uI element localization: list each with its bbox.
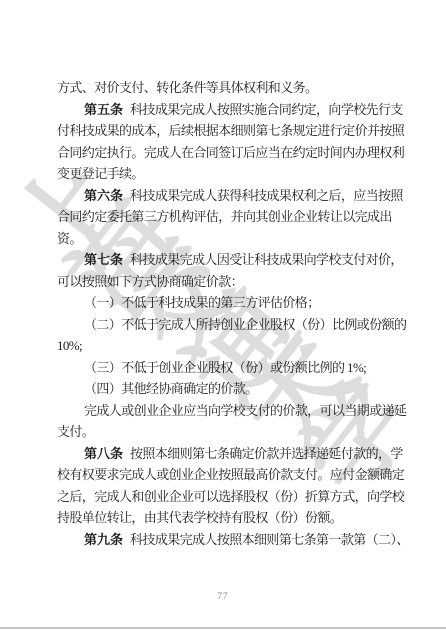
article-number: 第七条: [84, 252, 123, 267]
text-line: 合同约定执行。完成人在合同签订后应当在约定时间内办理权利: [57, 142, 397, 164]
line-text: 科技成果完成人因受让科技成果向学校支付对价，: [130, 252, 403, 267]
page-number: 77: [0, 591, 446, 601]
line-text: 合同约定执行。完成人在合同签订后应当在约定时间内办理权利: [57, 145, 404, 160]
line-text: （二）不低于完成人所持创业企业股权（份）比例或份额的: [84, 317, 406, 332]
paragraph-start-line: 第五条科技成果完成人按照实施合同约定，向学校先行支: [57, 99, 397, 121]
line-text: 科技成果完成人按照本细则第七条第一款第（二）、: [130, 532, 409, 547]
line-text: 按照本细则第七条确定价款并选择递延付款的，学: [130, 446, 403, 461]
line-text: 之后，完成人和创业企业可以选择股权（份）折算方式，向学校: [57, 489, 404, 504]
line-text: 科技成果完成人按照实施合同约定，向学校先行支: [130, 102, 403, 117]
paragraph-start-line: 第八条按照本细则第七条确定价款并选择递延付款的，学: [57, 443, 397, 465]
text-line: 变更登记手续。: [57, 163, 397, 185]
line-text: 持股单位转让，由其代表学校持有股权（份）份额。: [57, 510, 342, 525]
text-line: 持股单位转让，由其代表学校持有股权（份）份额。: [57, 507, 397, 529]
line-text: （一）不低于科技成果的第三方评估价格；: [84, 295, 320, 310]
article-number: 第八条: [84, 446, 123, 461]
text-line: （三）不低于创业企业股权（份）或份额比例的 1%;: [57, 357, 397, 379]
line-text: 可以按照如下方式协商确定价款：: [57, 274, 243, 289]
text-line: 10%;: [57, 335, 397, 357]
text-line: （一）不低于科技成果的第三方评估价格；: [57, 292, 397, 314]
text-line: 之后，完成人和创业企业可以选择股权（份）折算方式，向学校: [57, 486, 397, 508]
text-line: 完成人或创业企业应当向学校支付的价款，可以当期或递延: [57, 400, 397, 422]
line-text: （四）其他经协商确定的价款。: [84, 381, 258, 396]
document-body: 方式、对价支付、转化条件等具体权利和义务。第五条科技成果完成人按照实施合同约定，…: [57, 77, 397, 550]
line-text: 校有权要求完成人或创业企业按照最高价款支付。应付金额确定: [57, 467, 404, 482]
article-number: 第九条: [84, 532, 123, 547]
line-text: 资。: [57, 231, 82, 246]
line-text: 变更登记手续。: [57, 166, 144, 181]
text-line: 可以按照如下方式协商确定价款：: [57, 271, 397, 293]
text-line: 付科技成果的成本，后续根据本细则第七条规定进行定价并按照: [57, 120, 397, 142]
text-line: 合同约定委托第三方机构评估，并向其创业企业转让以完成出: [57, 206, 397, 228]
line-text: 合同约定委托第三方机构评估，并向其创业企业转让以完成出: [57, 209, 392, 224]
text-line: 校有权要求完成人或创业企业按照最高价款支付。应付金额确定: [57, 464, 397, 486]
text-line: 方式、对价支付、转化条件等具体权利和义务。: [57, 77, 397, 99]
line-text: 10%;: [57, 338, 82, 353]
text-line: 资。: [57, 228, 397, 250]
line-text: 付科技成果的成本，后续根据本细则第七条规定进行定价并按照: [57, 123, 404, 138]
document-page: 上海交通大学 方式、对价支付、转化条件等具体权利和义务。第五条科技成果完成人按照…: [0, 0, 446, 631]
text-line: （四）其他经协商确定的价款。: [57, 378, 397, 400]
paragraph-start-line: 第六条科技成果完成人获得科技成果权利之后，应当按照: [57, 185, 397, 207]
text-line: 支付。: [57, 421, 397, 443]
page-bottom-border: [0, 627, 446, 629]
text-line: （二）不低于完成人所持创业企业股权（份）比例或份额的: [57, 314, 397, 336]
line-text: 方式、对价支付、转化条件等具体权利和义务。: [57, 80, 317, 95]
line-text: 科技成果完成人获得科技成果权利之后，应当按照: [130, 188, 403, 203]
line-text: （三）不低于创业企业股权（份）或份额比例的 1%;: [84, 360, 366, 375]
article-number: 第五条: [84, 102, 123, 117]
line-text: 支付。: [57, 424, 94, 439]
paragraph-start-line: 第七条科技成果完成人因受让科技成果向学校支付对价，: [57, 249, 397, 271]
line-text: 完成人或创业企业应当向学校支付的价款，可以当期或递延: [84, 403, 406, 418]
article-number: 第六条: [84, 188, 123, 203]
paragraph-start-line: 第九条科技成果完成人按照本细则第七条第一款第（二）、: [57, 529, 397, 551]
